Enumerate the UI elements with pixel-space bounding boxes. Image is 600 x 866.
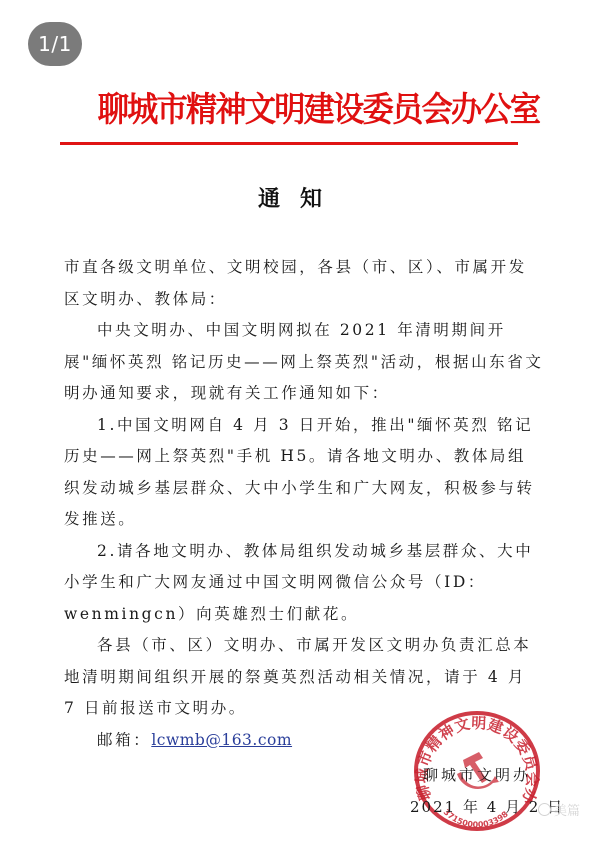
- signature-organization: 聊城市文明办: [423, 764, 531, 785]
- paragraph-intro: 中央文明办、中国文明网拟在 2021 年清明期间开展"缅怀英烈 铭记历史——网上…: [64, 315, 544, 410]
- email-link[interactable]: lcwmb@163.com: [151, 731, 292, 749]
- paragraph-item-2: 2.请各地文明办、教体局组织发动城乡基层群众、大中小学生和广大网友通过中国文明网…: [64, 536, 544, 631]
- addressee: 市直各级文明单位、文明校园，各县（市、区）、市属开发区文明办、教体局：: [64, 252, 544, 315]
- meipian-watermark: 美篇: [538, 800, 580, 819]
- email-label: 邮箱：: [97, 731, 151, 749]
- page-indicator-badge: 1/1: [28, 22, 82, 66]
- org-letterhead-title: 聊城市精神文明建设委员会办公室: [98, 84, 503, 136]
- document-body: 市直各级文明单位、文明校园，各县（市、区）、市属开发区文明办、教体局： 中央文明…: [64, 252, 544, 756]
- watermark-label: 美篇: [554, 800, 580, 819]
- document-heading: 通知: [0, 182, 600, 213]
- meipian-logo-icon: [538, 803, 551, 816]
- letterhead-divider: [60, 142, 518, 145]
- paragraph-item-1: 1.中国文明网自 4 月 3 日开始，推出"缅怀英烈 铭记历史——网上祭英烈"手…: [64, 410, 544, 536]
